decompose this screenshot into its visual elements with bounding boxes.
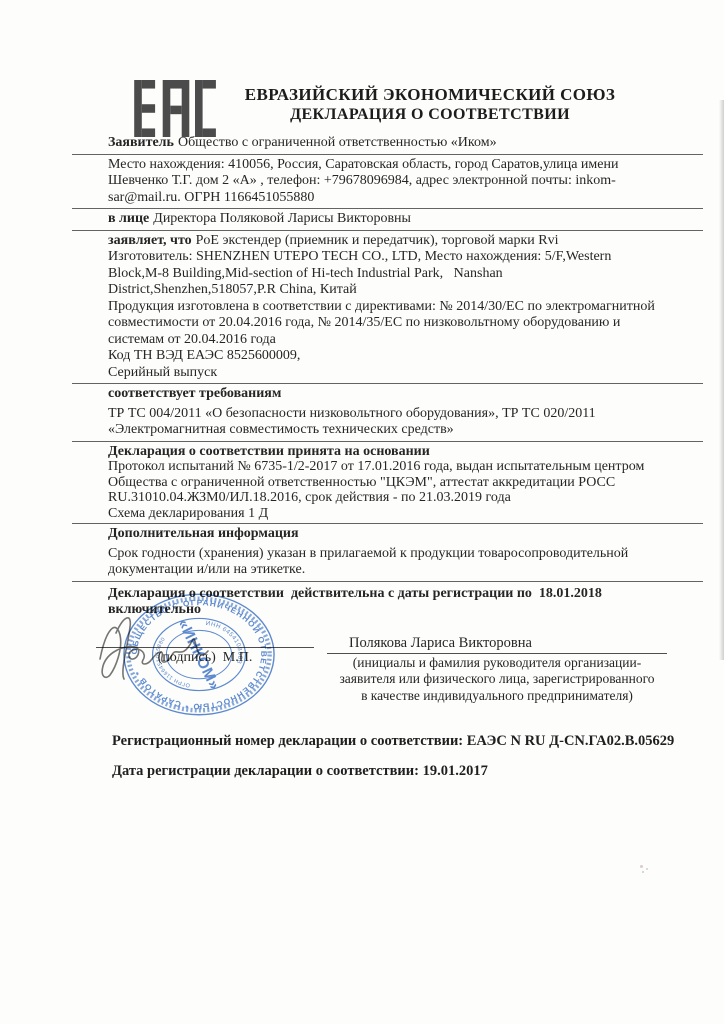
registration-date-line: Дата регистрации декларации о соответств… <box>112 763 724 780</box>
stamp-inn-text: ИНН 6454108583 <box>205 619 243 664</box>
registration-number-line: Регистрационный номер декларации о соотв… <box>112 733 724 750</box>
additional-info-heading: Дополнительная информация <box>108 526 697 543</box>
declares-row: заявляет, чтоPoE экстендер (приемник и п… <box>72 231 703 385</box>
requirements-text: ТР ТС 004/2011 «О безопасности низковоль… <box>108 406 697 439</box>
requirements-row: соответствует требованиям ТР ТС 004/2011… <box>72 384 703 442</box>
signatory-block: Полякова Лариса Викторовна (инициалы и ф… <box>327 635 667 705</box>
product-value: PoE экстендер (приемник и передатчик), т… <box>196 233 559 248</box>
person-value: Директора Поляковой Ларисы Викторовны <box>153 211 411 226</box>
scan-edge-shadow <box>719 100 724 660</box>
scanned-declaration-sheet: ЕВРАЗИЙСКИЙ ЭКОНОМИЧЕСКИЙ СОЮЗ ДЕКЛАРАЦИ… <box>0 0 724 1024</box>
basis-heading: Декларация о соответствии принята на осн… <box>108 444 697 460</box>
applicant-value: Общество с ограниченной ответственностью… <box>178 135 497 150</box>
signatory-caption: (инициалы и фамилия руководителя организ… <box>327 654 667 705</box>
requirements-heading: соответствует требованиям <box>108 386 697 403</box>
additional-info-text: Срок годности (хранения) указан в прилаг… <box>108 546 697 579</box>
title-union: ЕВРАЗИЙСКИЙ ЭКОНОМИЧЕСКИЙ СОЮЗ <box>195 84 665 105</box>
address-row: Место нахождения: 410056, Россия, Сарато… <box>72 155 703 210</box>
person-row: в лицеДиректора Поляковой Ларисы Викторо… <box>72 209 703 231</box>
declaration-form: ЗаявительОбщество с ограниченной ответст… <box>72 134 703 723</box>
signature-area: (подпись) М.П. Полякова Лариса Викторовн… <box>72 623 703 723</box>
applicant-label: Заявитель <box>108 135 174 150</box>
registration-block: Регистрационный номер декларации о соотв… <box>112 733 724 780</box>
basis-row: Декларация о соответствии принята на осн… <box>72 442 703 525</box>
company-stamp: ОБЩЕСТВО С ОГРАНИЧЕННОЙ ОТВЕТСТВЕННОСТЬЮ… <box>120 591 278 720</box>
additional-info-row: Дополнительная информация Срок годности … <box>72 524 703 582</box>
applicant-row: ЗаявительОбщество с ограниченной ответст… <box>72 134 703 155</box>
scan-speckle <box>638 864 652 876</box>
basis-text: Протокол испытаний № 6735-1/2-2017 от 17… <box>108 459 697 521</box>
declares-label: заявляет, что <box>108 233 192 248</box>
title-declaration: ДЕКЛАРАЦИЯ О СООТВЕТСТВИИ <box>195 105 665 125</box>
person-label: в лице <box>108 211 149 226</box>
document-title: ЕВРАЗИЙСКИЙ ЭКОНОМИЧЕСКИЙ СОЮЗ ДЕКЛАРАЦИ… <box>195 84 665 125</box>
signatory-name: Полякова Лариса Викторовна <box>327 635 667 652</box>
manufacturer-block: Изготовитель: SHENZHEN UTEPO TECH CO., L… <box>108 249 697 381</box>
svg-text:ИНН 6454108583: ИНН 6454108583 <box>205 619 243 664</box>
document-header: ЕВРАЗИЙСКИЙ ЭКОНОМИЧЕСКИЙ СОЮЗ ДЕКЛАРАЦИ… <box>0 0 724 134</box>
